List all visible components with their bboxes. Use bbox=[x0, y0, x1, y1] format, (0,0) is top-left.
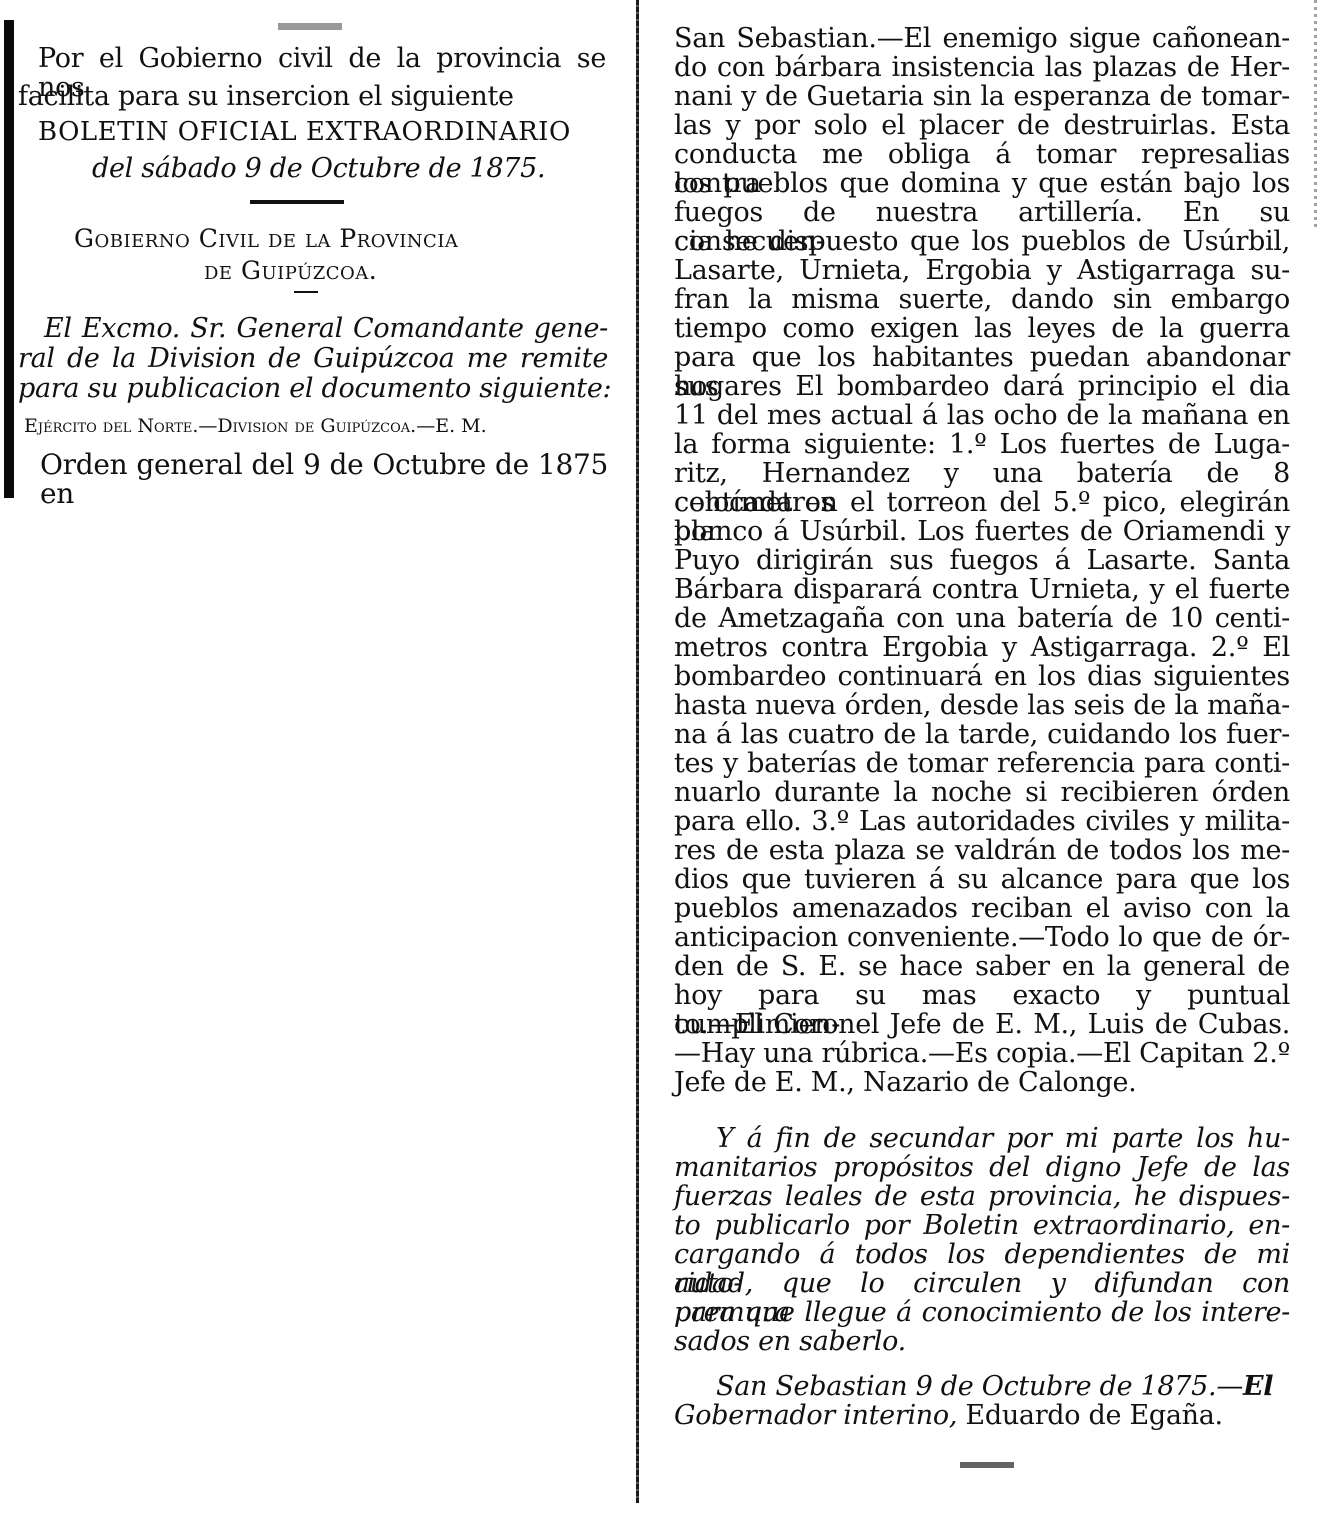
body-line: las y por solo el placer de destruirlas.… bbox=[674, 111, 1290, 140]
closing-line: manitarios propósitos del digno Jefe de … bbox=[674, 1153, 1290, 1182]
bulletin-title: BOLETIN OFICIAL EXTRAORDINARIO bbox=[38, 118, 571, 147]
signature-line-1: San Sebastian 9 de Octubre de 1875.—El bbox=[716, 1372, 1273, 1401]
body-line: Puyo dirigirán sus fuegos á Lasarte. San… bbox=[674, 546, 1290, 575]
signature-line-2: Gobernador interino, Eduardo de Egaña. bbox=[674, 1401, 1223, 1430]
body-line: hasta nueva órden, desde las seis de la … bbox=[674, 691, 1290, 720]
separator-rule-small bbox=[294, 291, 318, 293]
body-line: cia he dispuesto que los pueblos de Usúr… bbox=[674, 227, 1290, 256]
body-line: blanco á Usúrbil. Los fuertes de Oriamen… bbox=[674, 517, 1290, 546]
newspaper-page: Por el Gobierno civil de la provincia se… bbox=[0, 0, 1318, 1515]
body-line: para ello. 3.º Las autoridades civiles y… bbox=[674, 807, 1290, 836]
closing-line: para que llegue á conocimiento de los in… bbox=[674, 1298, 1290, 1327]
body-line: anticipacion conveniente.—Todo lo que de… bbox=[674, 923, 1290, 952]
body-line: do con bárbara insistencia las plazas de… bbox=[674, 53, 1290, 82]
signature-name: Eduardo de Egaña. bbox=[957, 1400, 1223, 1431]
heading-line-2: de Guipúzcoa. bbox=[204, 256, 377, 285]
closing-line: to publicarlo por Boletin extraordinario… bbox=[674, 1211, 1290, 1240]
body-line: Bárbara disparará contra Urnieta, y el f… bbox=[674, 575, 1290, 604]
body-line: to.—El Coronel Jefe de E. M., Luis de Cu… bbox=[674, 1010, 1290, 1039]
body-line: res de esta plaza se valdrán de todos lo… bbox=[674, 836, 1290, 865]
closing-line: Y á fin de secundar por mi parte los hu- bbox=[716, 1124, 1290, 1153]
signature-el: El bbox=[1243, 1371, 1273, 1402]
body-line: de Ametzagaña con una batería de 10 cent… bbox=[674, 604, 1290, 633]
separator-rule bbox=[250, 200, 344, 204]
scan-edge-right bbox=[1314, 0, 1317, 230]
closing-line: sados en saberlo. bbox=[674, 1327, 906, 1356]
body-line: tiempo como exigen las leyes de la guerr… bbox=[674, 314, 1290, 343]
document-header: Ejército del Norte.—Division de Guipúzco… bbox=[24, 412, 487, 441]
scan-edge-bar bbox=[4, 20, 14, 498]
body-line: bombardeo continuará en los dias siguien… bbox=[674, 662, 1290, 691]
body-line: hogares El bombardeo dará principio el d… bbox=[674, 372, 1290, 401]
body-line: 11 del mes actual á las ocho de la mañan… bbox=[674, 401, 1290, 430]
body-line: metros contra Ergobia y Astigarraga. 2.º… bbox=[674, 633, 1290, 662]
body-line: nuarlo durante la noche si recibieren ór… bbox=[674, 778, 1290, 807]
footer-ornament bbox=[960, 1462, 1014, 1468]
body-line: la forma siguiente: 1.º Los fuertes de L… bbox=[674, 430, 1290, 459]
bulletin-date: del sábado 9 de Octubre de 1875. bbox=[92, 154, 545, 183]
body-line: los pueblos que domina y que están bajo … bbox=[674, 169, 1290, 198]
body-line: fran la misma suerte, dando sin embargo bbox=[674, 285, 1290, 314]
body-line: Jefe de E. M., Nazario de Calonge. bbox=[674, 1068, 1136, 1097]
body-line: den de S. E. se hace saber en la general… bbox=[674, 952, 1290, 981]
heading-line-1: Gobierno Civil de la Provincia bbox=[74, 224, 458, 253]
header-ornament bbox=[278, 23, 342, 30]
body-line: Lasarte, Urnieta, Ergobia y Astigarraga … bbox=[674, 256, 1290, 285]
body-line: nani y de Guetaria sin la esperanza de t… bbox=[674, 82, 1290, 111]
body-line: na á las cuatro de la tarde, cuidando lo… bbox=[674, 720, 1290, 749]
body-line: dios que tuvieren á su alcance para que … bbox=[674, 865, 1290, 894]
signature-place-date: San Sebastian 9 de Octubre de 1875.— bbox=[716, 1371, 1243, 1402]
body-line: pueblos amenazados reciban el aviso con … bbox=[674, 894, 1290, 923]
body-line: —Hay una rúbrica.—Es copia.—El Capitan 2… bbox=[674, 1039, 1290, 1068]
signature-title: Gobernador interino, bbox=[674, 1400, 957, 1431]
paragraph-line: para su publicacion el documento siguien… bbox=[18, 374, 611, 403]
order-line: Orden general del 9 de Octubre de 1875 e… bbox=[40, 450, 608, 508]
closing-line: fuerzas leales de esta provincia, he dis… bbox=[674, 1182, 1290, 1211]
intro-line: facilita para su insercion el siguiente bbox=[18, 82, 514, 111]
body-line: tes y baterías de tomar referencia para … bbox=[674, 749, 1290, 778]
paragraph-line: El Excmo. Sr. General Comandante gene- bbox=[44, 314, 608, 343]
body-line: San Sebastian.—El enemigo sigue cañonean… bbox=[674, 24, 1290, 53]
paragraph-line: ral de la Division de Guipúzcoa me remit… bbox=[18, 344, 608, 373]
column-divider bbox=[636, 0, 639, 1503]
